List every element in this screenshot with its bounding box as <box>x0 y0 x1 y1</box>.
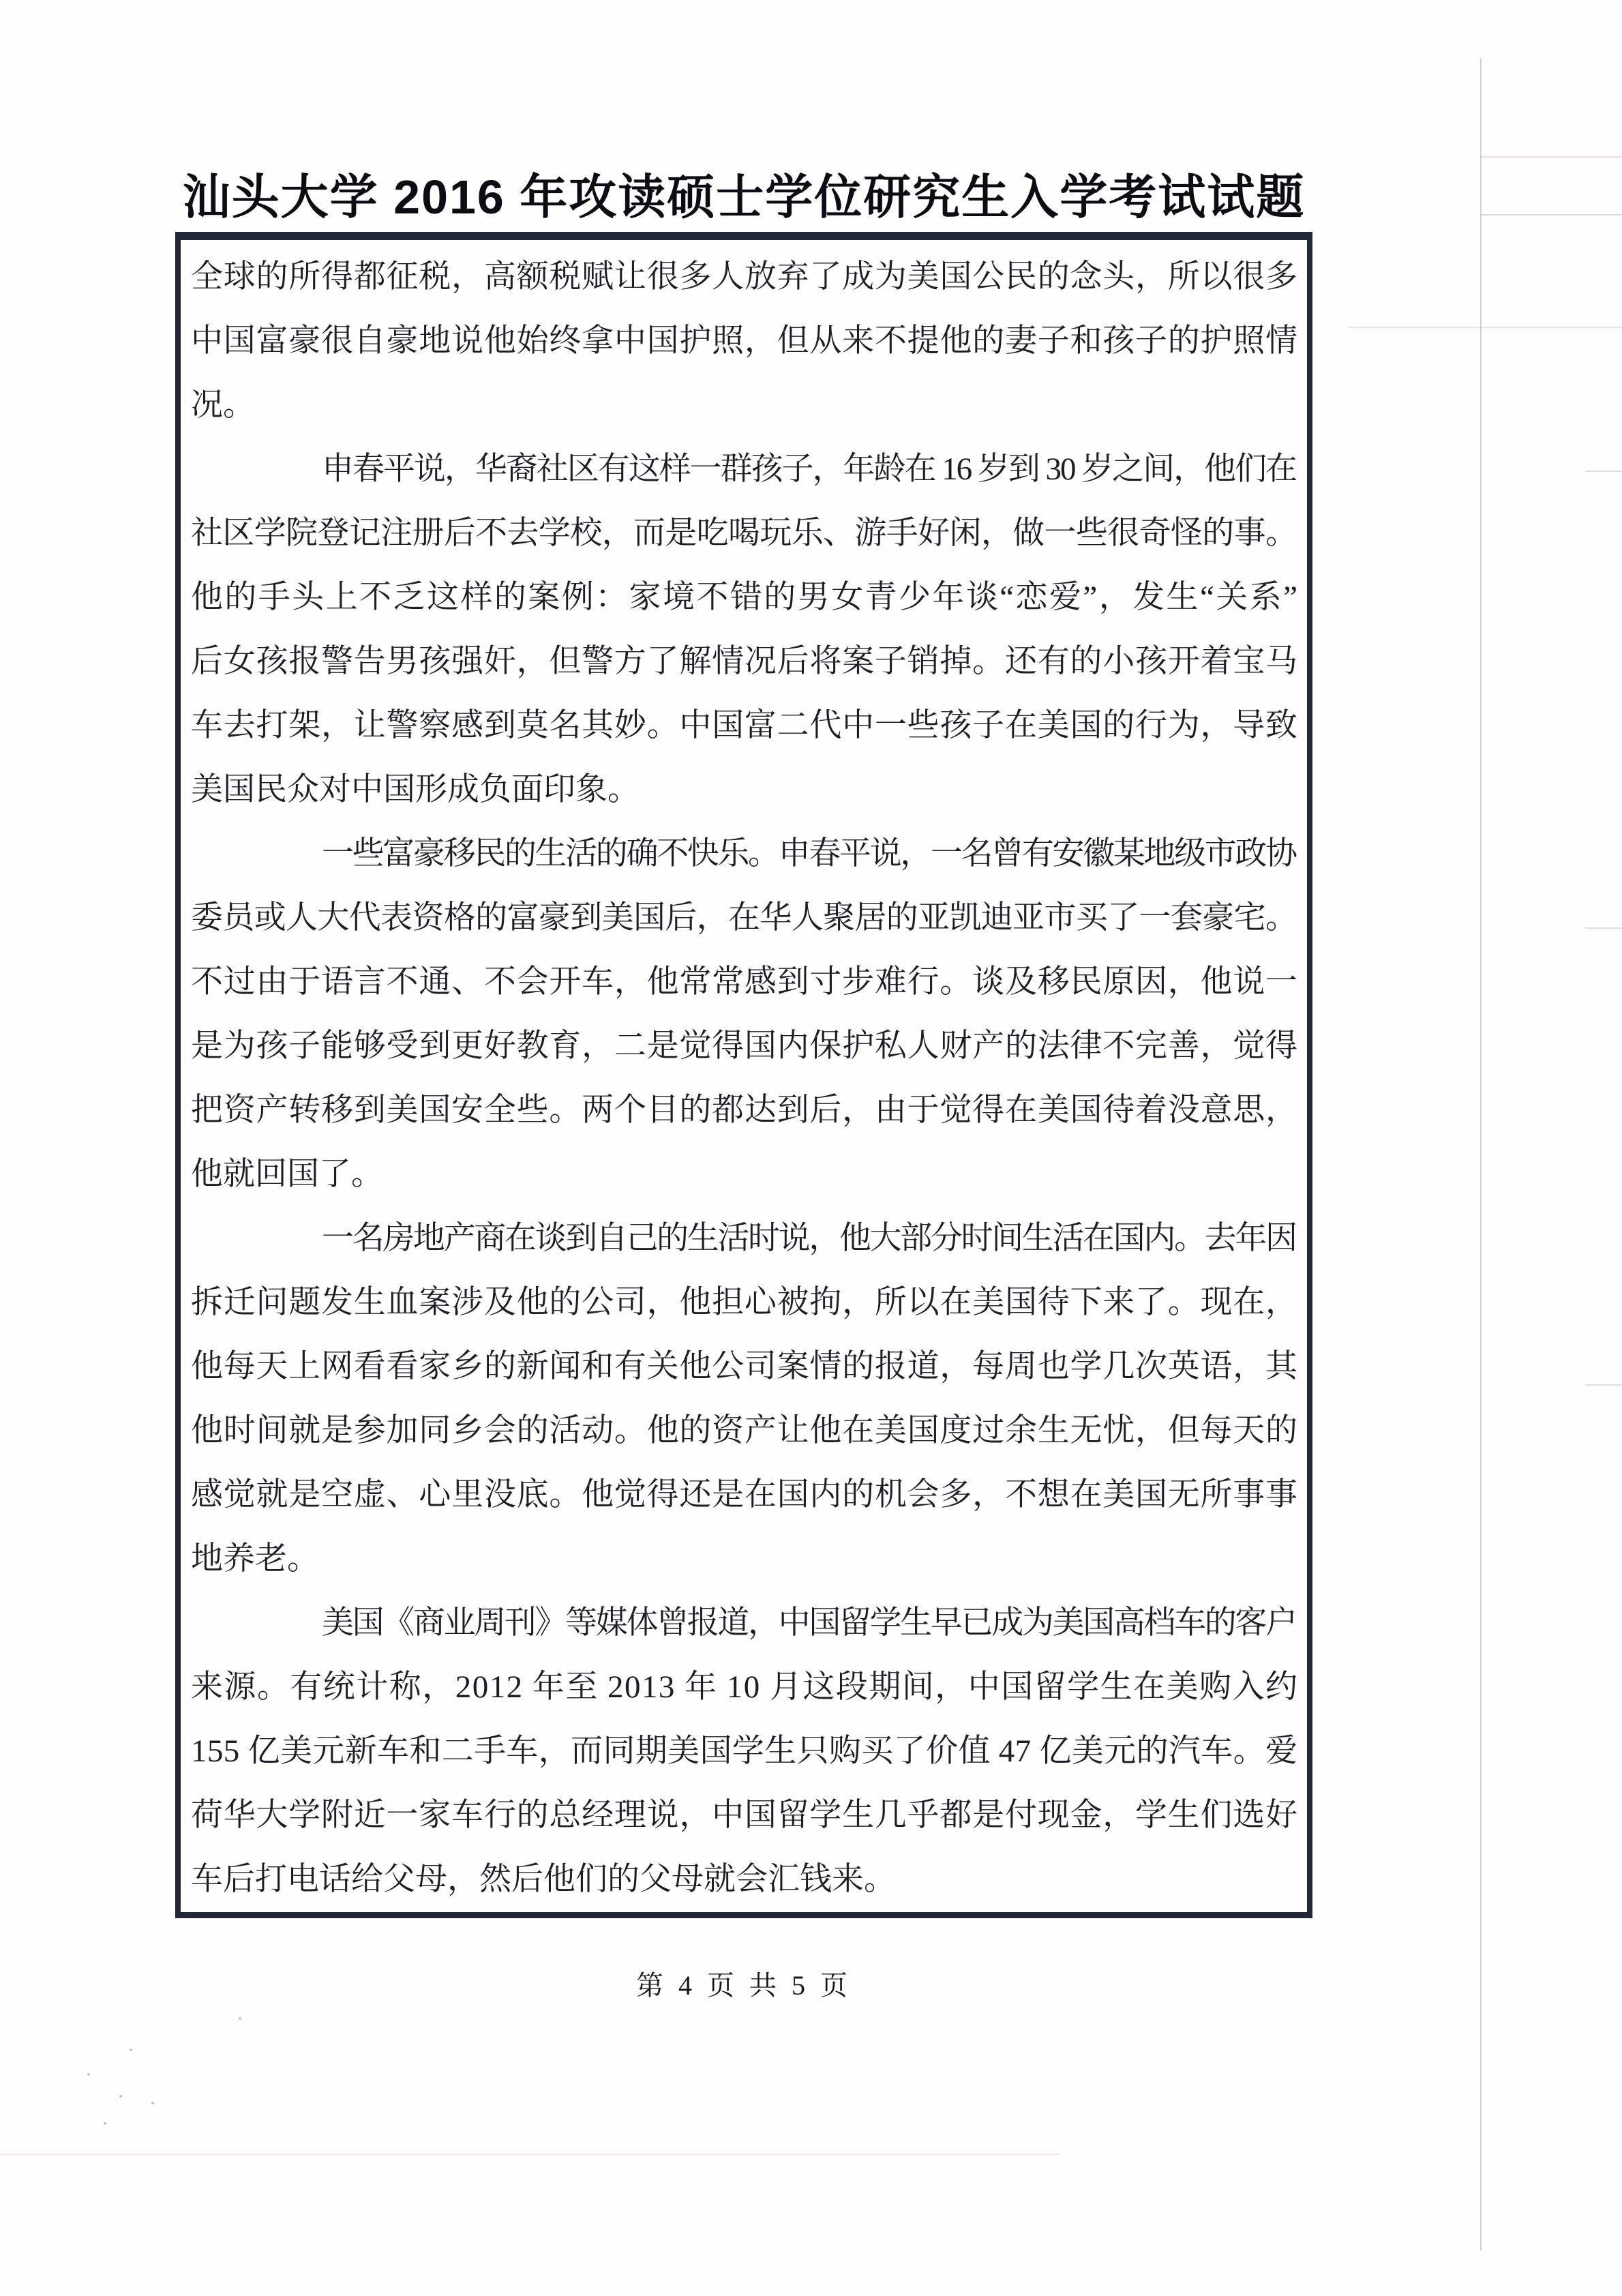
text-line-content: 他就回国了。 <box>191 1142 383 1206</box>
text-line: 后女孩报警告男孩强奸，但警方了解情况后将案子销掉。还有的小孩开着宝马 <box>191 629 1297 694</box>
text-line-content: 车后打电话给父母，然后他们的父母就会汇钱来。 <box>191 1847 896 1911</box>
text-line-content: 车去打架，让警察感到莫名其妙。中国富二代中一些孩子在美国的行为，导致 <box>191 694 1298 758</box>
text-line: 他每天上网看看家乡的新闻和有关他公司案情的报道，每周也学几次英语，其 <box>191 1335 1297 1399</box>
text-line-content: 他每天上网看看家乡的新闻和有关他公司案情的报道，每周也学几次英语，其 <box>191 1335 1298 1399</box>
text-line-content: 不过由于语言不通、不会开车，他常常感到寸步难行。谈及移民原因，他说一 <box>191 950 1298 1014</box>
text-line: 155 亿美元新车和二手车，而同期美国学生只购买了价值 47 亿美元的汽车。爱 <box>191 1719 1297 1783</box>
text-line-content: 申春平说，华裔社区有这样一群孩子，年龄在 16 岁到 30 岁之间，他们在 <box>256 437 1296 501</box>
text-line-content: 一名房地产商在谈到自己的生活时说，他大部分时间生活在国内。去年因 <box>256 1206 1296 1270</box>
text-line-content: 一些富豪移民的生活的确不快乐。申春平说，一名曾有安徽某地级市政协 <box>256 822 1296 886</box>
text-line-content: 中国富豪很自豪地说他始终拿中国护照，但从来不提他的妻子和孩子的护照情 <box>191 309 1298 373</box>
text-line: 美国《商业周刊》等媒体曾报道，中国留学生早已成为美国高档车的客户 <box>191 1591 1297 1655</box>
scan-artifact-speckle <box>239 2017 241 2020</box>
text-line: 况。 <box>191 373 1297 437</box>
scan-artifact-speckle <box>119 2095 122 2098</box>
scan-artifact-speckle <box>130 2048 132 2051</box>
text-line: 是为孩子能够受到更好教育，二是觉得国内保护私人财产的法律不完善，觉得 <box>191 1014 1297 1078</box>
scan-artifact-line <box>0 2153 1060 2155</box>
scan-artifact-line <box>1585 927 1622 929</box>
exam-sheet: 汕头大学 2016 年攻读硕士学位研究生入学考试试题 全球的所得都征税，高额税赋… <box>0 0 1622 2296</box>
text-line-content: 委员或人大代表资格的富豪到美国后，在华人聚居的亚凯迪亚市买了一套豪宅。 <box>191 886 1297 950</box>
scan-artifact-speckle <box>104 2122 106 2125</box>
text-line-content: 拆迁问题发生血案涉及他的公司，他担心被拘，所以在美国待下来了。现在， <box>191 1270 1298 1335</box>
scan-artifact-speckle <box>87 2073 90 2076</box>
page-title: 汕头大学 2016 年攻读硕士学位研究生入学考试试题 <box>175 169 1312 225</box>
text-line-content: 感觉就是空虚、心里没底。他觉得还是在国内的机会多，不想在美国无所事事 <box>191 1463 1298 1527</box>
text-line: 不过由于语言不通、不会开车，他常常感到寸步难行。谈及移民原因，他说一 <box>191 950 1297 1014</box>
scan-artifact-line <box>1585 471 1622 472</box>
text-line: 拆迁问题发生血案涉及他的公司，他担心被拘，所以在美国待下来了。现在， <box>191 1270 1297 1335</box>
page-number: 第 4 页 共 5 页 <box>175 1964 1312 2003</box>
text-line-content: 他时间就是参加同乡会的活动。他的资产让他在美国度过余生无忧，但每天的 <box>191 1399 1298 1463</box>
text-box: 全球的所得都征税，高额税赋让很多人放弃了成为美国公民的念头，所以很多中国富豪很自… <box>175 232 1312 1918</box>
text-line: 车后打电话给父母，然后他们的父母就会汇钱来。 <box>191 1847 1297 1911</box>
text-line-content: 荷华大学附近一家车行的总经理说，中国留学生几乎都是付现金，学生们选好 <box>191 1783 1298 1847</box>
text-line: 地养老。 <box>191 1527 1297 1591</box>
text-line: 委员或人大代表资格的富豪到美国后，在华人聚居的亚凯迪亚市买了一套豪宅。 <box>191 886 1297 950</box>
paragraph: 申春平说，华裔社区有这样一群孩子，年龄在 16 岁到 30 岁之间，他们在社区学… <box>191 437 1297 822</box>
scan-artifact-vertical-line <box>1480 58 1482 2250</box>
text-line-content: 地养老。 <box>191 1527 319 1591</box>
text-line: 车去打架，让警察感到莫名其妙。中国富二代中一些孩子在美国的行为，导致 <box>191 694 1297 758</box>
paragraph: 全球的所得都征税，高额税赋让很多人放弃了成为美国公民的念头，所以很多中国富豪很自… <box>191 245 1297 437</box>
text-line-content: 美国《商业周刊》等媒体曾报道，中国留学生早已成为美国高档车的客户 <box>256 1591 1296 1655</box>
text-line: 他的手头上不乏这样的案例：家境不错的男女青少年谈“恋爱”，发生“关系” <box>191 565 1297 629</box>
text-line: 他时间就是参加同乡会的活动。他的资产让他在美国度过余生无忧，但每天的 <box>191 1399 1297 1463</box>
scan-artifact-line <box>1480 214 1622 215</box>
text-line-content: 美国民众对中国形成负面印象。 <box>191 758 640 822</box>
text-line-content: 况。 <box>191 373 255 437</box>
text-line: 中国富豪很自豪地说他始终拿中国护照，但从来不提他的妻子和孩子的护照情 <box>191 309 1297 373</box>
text-line-content: 他的手头上不乏这样的案例：家境不错的男女青少年谈“恋爱”，发生“关系” <box>191 565 1299 629</box>
paragraph: 一些富豪移民的生活的确不快乐。申春平说，一名曾有安徽某地级市政协委员或人大代表资… <box>191 822 1297 1206</box>
paragraph: 一名房地产商在谈到自己的生活时说，他大部分时间生活在国内。去年因拆迁问题发生血案… <box>191 1206 1297 1591</box>
text-line: 把资产转移到美国安全些。两个目的都达到后，由于觉得在美国待着没意思， <box>191 1078 1297 1142</box>
text-line-content: 155 亿美元新车和二手车，而同期美国学生只购买了价值 47 亿美元的汽车。爱 <box>191 1719 1297 1783</box>
paragraph: 美国《商业周刊》等媒体曾报道，中国留学生早已成为美国高档车的客户来源。有统计称，… <box>191 1591 1297 1911</box>
text-line-content: 社区学院登记注册后不去学校，而是吃喝玩乐、游手好闲，做一些很奇怪的事。 <box>191 501 1297 565</box>
text-line: 一名房地产商在谈到自己的生活时说，他大部分时间生活在国内。去年因 <box>191 1206 1297 1270</box>
text-line-content: 是为孩子能够受到更好教育，二是觉得国内保护私人财产的法律不完善，觉得 <box>191 1014 1298 1078</box>
text-line: 全球的所得都征税，高额税赋让很多人放弃了成为美国公民的念头，所以很多 <box>191 245 1297 309</box>
text-line: 申春平说，华裔社区有这样一群孩子，年龄在 16 岁到 30 岁之间，他们在 <box>191 437 1297 501</box>
text-line: 他就回国了。 <box>191 1142 1297 1206</box>
text-line: 来源。有统计称，2012 年至 2013 年 10 月这段期间，中国留学生在美购… <box>191 1655 1297 1719</box>
text-line-content: 把资产转移到美国安全些。两个目的都达到后，由于觉得在美国待着没意思， <box>191 1078 1298 1142</box>
scan-artifact-line <box>1480 156 1622 158</box>
text-line-content: 后女孩报警告男孩强奸，但警方了解情况后将案子销掉。还有的小孩开着宝马 <box>191 629 1298 694</box>
text-line: 感觉就是空虚、心里没底。他觉得还是在国内的机会多，不想在美国无所事事 <box>191 1463 1297 1527</box>
text-line: 荷华大学附近一家车行的总经理说，中国留学生几乎都是付现金，学生们选好 <box>191 1783 1297 1847</box>
text-line: 社区学院登记注册后不去学校，而是吃喝玩乐、游手好闲，做一些很奇怪的事。 <box>191 501 1297 565</box>
scan-artifact-line <box>1349 327 1622 328</box>
text-line: 一些富豪移民的生活的确不快乐。申春平说，一名曾有安徽某地级市政协 <box>191 822 1297 886</box>
scanned-exam-page: { "page": { "title": "汕头大学 2016 年攻读硕士学位研… <box>0 0 1622 2296</box>
text-line-content: 来源。有统计称，2012 年至 2013 年 10 月这段期间，中国留学生在美购… <box>191 1655 1298 1719</box>
text-line: 美国民众对中国形成负面印象。 <box>191 758 1297 822</box>
scan-artifact-line <box>1585 1384 1622 1386</box>
scan-artifact-speckle <box>151 2102 154 2104</box>
text-line-content: 全球的所得都征税，高额税赋让很多人放弃了成为美国公民的念头，所以很多 <box>191 245 1298 309</box>
